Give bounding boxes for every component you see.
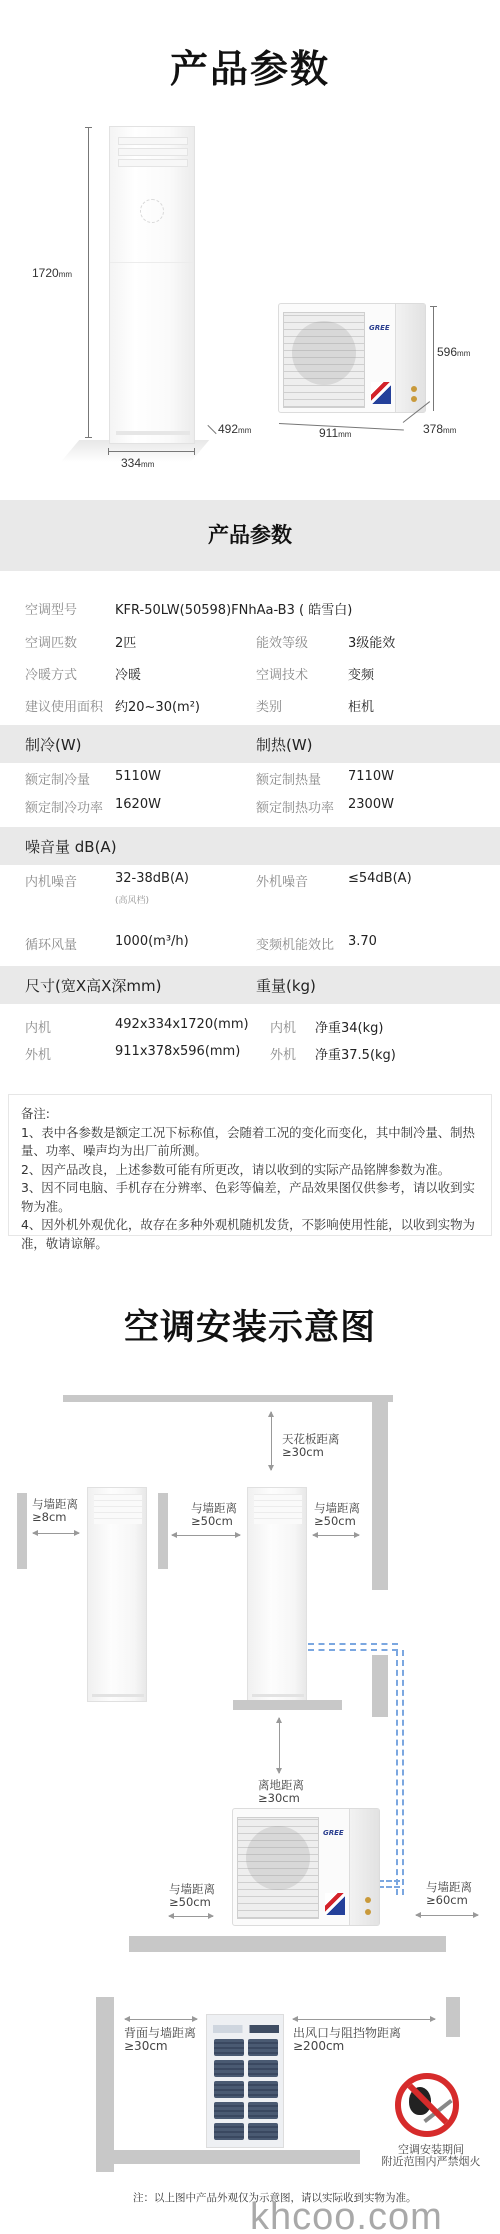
fan-grill — [283, 312, 365, 408]
floor-slab — [114, 2150, 360, 2164]
spec-value: 3级能效 — [348, 632, 395, 651]
spec-value: 约20~30(m²) — [115, 696, 200, 715]
ground-arrow — [279, 1718, 280, 1773]
shelf — [233, 1700, 342, 1710]
spec-row: 建议使用面积 约20~30(m²) 类别 柜机 — [0, 696, 500, 728]
badge-icon — [371, 382, 391, 404]
outdoor-depth-label: 378mm — [423, 422, 456, 436]
fire-warning-text: 空调安装期间附近范围内严禁烟火 — [376, 2144, 486, 2168]
spec-label: 额定制热量 — [256, 769, 321, 788]
arrow — [33, 1533, 79, 1534]
spec-value: 3.70 — [348, 934, 377, 949]
remark-item: 4、因外机外观优化，故存在多种外观机随机发货，不影响使用性能，以收到实物为准，敬… — [21, 1216, 479, 1253]
install-title: 空调安装示意图 — [0, 1300, 500, 1350]
indoor-unit-b — [247, 1487, 307, 1702]
spec-value: 冷暖 — [115, 664, 141, 683]
spec-label: 类别 — [256, 696, 282, 715]
refrigerant-pipe — [308, 1643, 398, 1651]
remark-item: 1、表中各参数是额定工况下标称值，会随着工况的变化而变化，其中制冷量、制热量、功… — [21, 1124, 479, 1161]
spec-label: 内机 — [270, 1017, 296, 1036]
spec-row: 额定制冷功率 1620W 额定制热功率 2300W — [0, 797, 500, 829]
left-wall-b — [158, 1493, 168, 1569]
spec-label: 空调型号 — [25, 599, 77, 618]
spec-row: 空调匹数 2匹 能效等级 3级能效 — [0, 632, 500, 664]
brand-logo: GREE — [323, 1829, 344, 1837]
brand-logo: GREE — [369, 324, 390, 332]
badge-icon — [325, 1893, 345, 1915]
indoor-depth-line — [207, 425, 216, 434]
spec-value: 5110W — [115, 769, 161, 784]
group-label-noise: 噪音量 dB(A) — [25, 836, 117, 857]
arrow — [416, 1915, 478, 1916]
right-wall-upper — [372, 1400, 388, 1590]
ground-distance-label: 离地距离≥30cm — [258, 1779, 304, 1805]
left-wall-a — [17, 1493, 27, 1569]
remark-item: 3、因不同电脑、手机存在分辨率、色彩等偏差，产品效果图仅供参考，请以收到实物为准… — [21, 1179, 479, 1216]
spec-label: 建议使用面积 — [25, 696, 103, 715]
spec-label: 额定制冷功率 — [25, 797, 103, 816]
spec-value: 净重34(kg) — [315, 1017, 383, 1036]
arrow — [293, 2019, 435, 2020]
spec-label: 空调技术 — [256, 664, 308, 683]
spec-label: 空调匹数 — [25, 632, 77, 651]
page-title: 产品参数 — [0, 38, 500, 93]
outdoor-width-label: 911mm — [319, 426, 351, 440]
group-header-power: 制冷(W) 制热(W) — [0, 725, 500, 763]
right-wall-lower — [372, 1655, 388, 1717]
outdoor-unit-image: GREE — [232, 1808, 380, 1926]
wall-distance-50b-label: 与墙距离≥50cm — [314, 1502, 360, 1528]
spec-value: 32-38dB(A) — [115, 871, 189, 886]
spec-value: KFR-50LW(50598)FNhAa-B3 ( 皓雪白) — [115, 599, 352, 618]
watermark: khcoo.com — [250, 2196, 443, 2234]
control-dial-icon — [140, 199, 164, 223]
spec-value: 柜机 — [348, 696, 374, 715]
spec-row: 外机 911x378x596(mm) 外机 净重37.5(kg) — [0, 1044, 500, 1076]
indoor-height-line — [88, 127, 89, 437]
back-wall — [96, 1997, 114, 2172]
group-header-size: 尺寸(宽X高X深mm) 重量(kg) — [0, 966, 500, 1004]
spec-value: 2匹 — [115, 632, 136, 651]
spec-value: ≤54dB(A) — [348, 871, 412, 886]
spec-label: 外机 — [25, 1044, 51, 1063]
arrow — [313, 1535, 359, 1536]
group-label-weight: 重量(kg) — [256, 975, 316, 996]
spec-value: 911x378x596(mm) — [115, 1044, 240, 1059]
spec-row-model: 空调型号 KFR-50LW(50598)FNhAa-B3 ( 皓雪白) — [0, 599, 500, 631]
wall-distance-8-label: 与墙距离≥8cm — [32, 1498, 78, 1524]
remarks-title: 备注: — [21, 1105, 479, 1124]
outdoor-unit-top-view — [206, 2014, 284, 2148]
remark-item: 2、因产品改良，上述参数可能有所更改，请以收到的实际产品铭牌参数为准。 — [21, 1161, 479, 1180]
spec-label: 变频机能效比 — [256, 934, 334, 953]
outdoor-left-distance-label: 与墙距离≥50cm — [169, 1883, 215, 1909]
spec-label: 内机 — [25, 1017, 51, 1036]
group-label-heating: 制热(W) — [256, 734, 313, 755]
noise-note: (高风档) — [115, 893, 149, 906]
spec-value: 492x334x1720(mm) — [115, 1017, 249, 1032]
spec-label: 冷暖方式 — [25, 664, 77, 683]
spec-label: 外机噪音 — [256, 871, 308, 890]
tick — [85, 437, 92, 438]
tick — [194, 448, 195, 455]
indoor-depth-label: 492mm — [218, 422, 251, 436]
spec-value: 2300W — [348, 797, 394, 812]
spec-label: 内机噪音 — [25, 871, 77, 890]
no-fire-icon — [395, 2073, 459, 2137]
indoor-width-label: 334mm — [121, 456, 154, 470]
wall-distance-50a-label: 与墙距离≥50cm — [191, 1502, 237, 1528]
tick — [85, 127, 92, 128]
ceiling — [63, 1395, 393, 1402]
spec-label: 循环风量 — [25, 934, 77, 953]
arrow — [125, 2019, 197, 2020]
outlet-distance-label: 出风口与阻挡物距离≥200cm — [293, 2027, 401, 2053]
spec-label: 能效等级 — [256, 632, 308, 651]
arrow — [169, 1916, 213, 1917]
group-header-noise: 噪音量 dB(A) — [0, 827, 500, 865]
spec-value: 1620W — [115, 797, 161, 812]
ground-slab — [129, 1936, 446, 1952]
spec-label: 额定制热功率 — [256, 797, 334, 816]
spec-label: 外机 — [270, 1044, 296, 1063]
dimension-illustration: 1720mm 334mm 492mm GREE 596mm 911mm 378m… — [0, 120, 500, 480]
spec-value: 7110W — [348, 769, 394, 784]
outdoor-height-label: 596mm — [437, 345, 470, 359]
group-label-cooling: 制冷(W) — [25, 734, 82, 755]
spec-section-title: 产品参数 — [0, 500, 500, 571]
arrow — [172, 1535, 240, 1536]
spec-value: 变频 — [348, 664, 374, 683]
indoor-height-label: 1720mm — [32, 266, 72, 280]
spec-value: 净重37.5(kg) — [315, 1044, 396, 1063]
outdoor-height-line — [433, 306, 434, 411]
indoor-width-line — [108, 451, 194, 452]
group-label-size: 尺寸(宽X高X深mm) — [25, 975, 161, 996]
spec-row: 循环风量 1000(m³/h) 变频机能效比 3.70 — [0, 934, 500, 966]
indoor-unit-a — [87, 1487, 147, 1702]
spec-label: 额定制冷量 — [25, 769, 90, 788]
outdoor-unit-image: GREE — [278, 303, 426, 413]
spec-row: 冷暖方式 冷暖 空调技术 变频 — [0, 664, 500, 696]
indoor-unit-image — [109, 126, 195, 444]
remarks-box: 备注: 1、表中各参数是额定工况下标称值，会随着工况的变化而变化，其中制冷量、制… — [8, 1094, 492, 1236]
ceiling-arrow — [271, 1412, 272, 1470]
obstacle — [446, 1997, 460, 2037]
back-wall-distance-label: 背面与墙距离≥30cm — [124, 2027, 196, 2053]
ceiling-distance-label: 天花板距离≥30cm — [282, 1433, 340, 1459]
outdoor-right-distance-label: 与墙距离≥60cm — [426, 1881, 472, 1907]
refrigerant-pipe — [396, 1650, 404, 1895]
spec-row: 内机噪音 32-38dB(A) 外机噪音 ≤54dB(A) — [0, 871, 500, 903]
tick — [108, 448, 109, 455]
spec-value: 1000(m³/h) — [115, 934, 189, 949]
refrigerant-pipe — [378, 1880, 400, 1888]
tick — [430, 306, 437, 307]
